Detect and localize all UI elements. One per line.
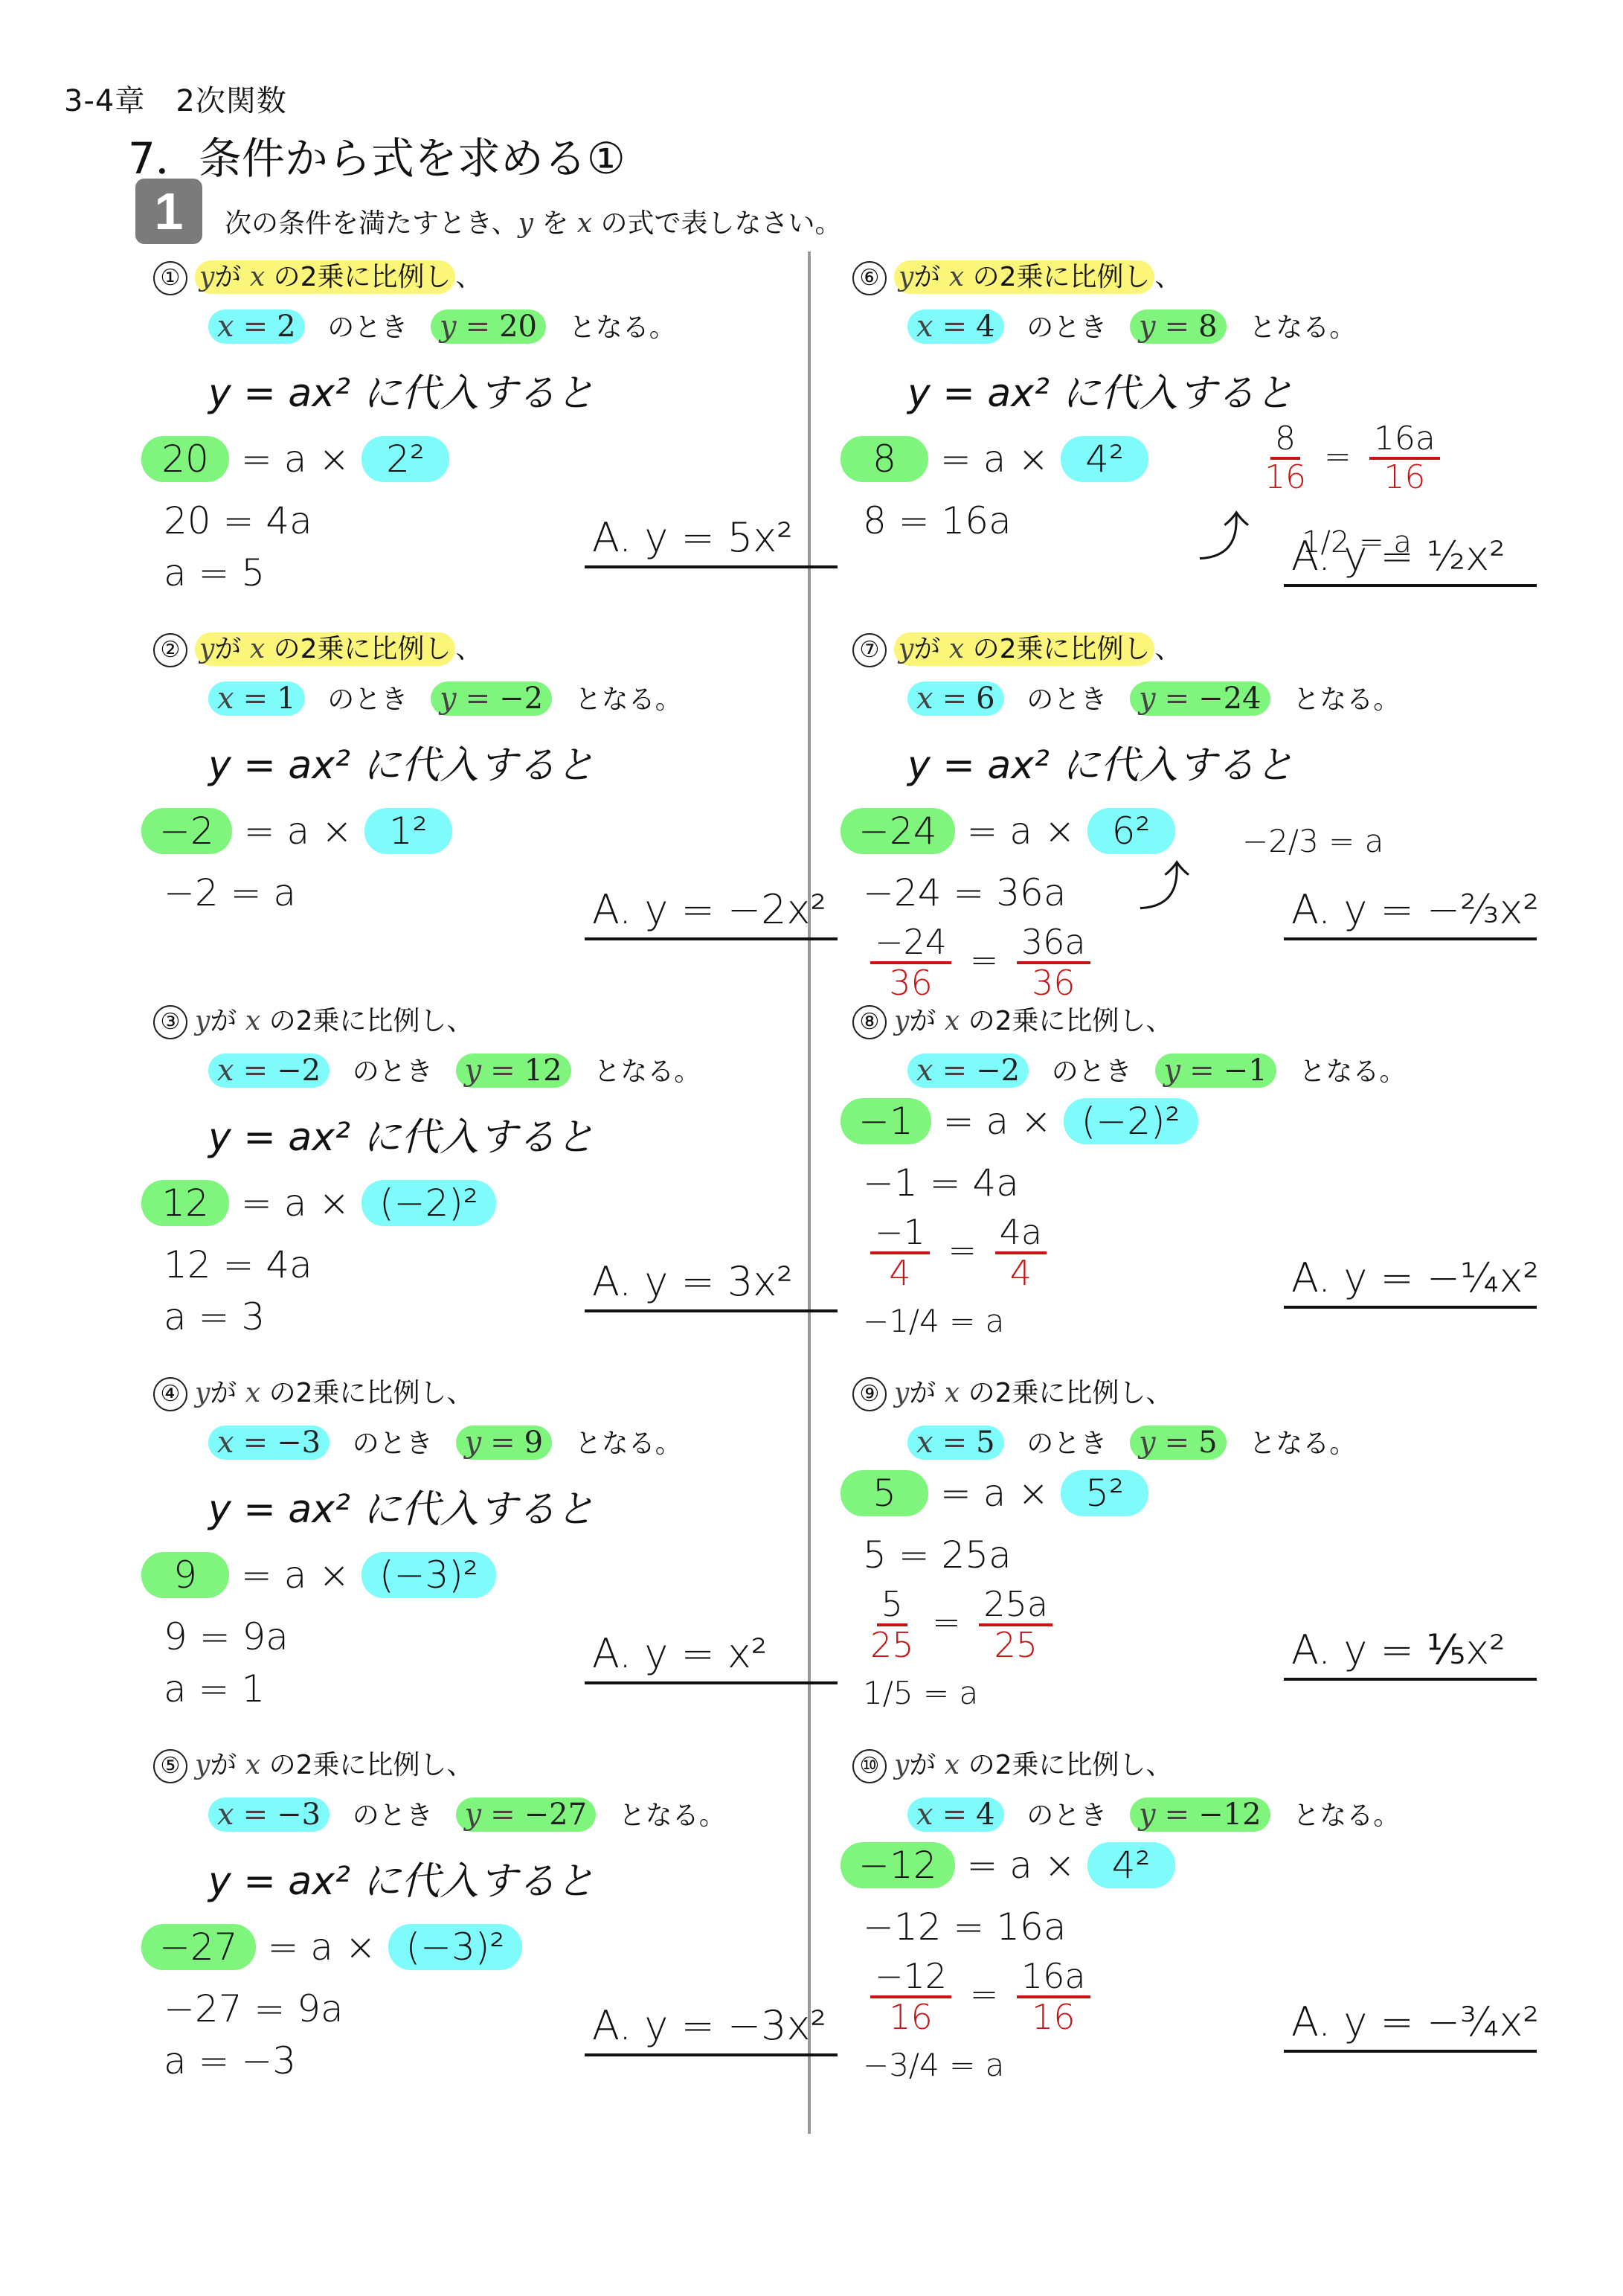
var-y: y bbox=[199, 634, 214, 664]
proportion-condition: yが x の2乗に比例し bbox=[195, 1006, 446, 1036]
work-step: 20 = 4a bbox=[164, 499, 312, 542]
equals: = bbox=[942, 682, 968, 716]
condition-line: ②yが x の2乗に比例し、 bbox=[153, 628, 483, 667]
text: の2乗に比例し bbox=[973, 634, 1151, 664]
text: 、 bbox=[1145, 1750, 1172, 1780]
x-value: 6 bbox=[976, 682, 994, 716]
text: となる。 bbox=[594, 1056, 701, 1087]
text: が bbox=[909, 1378, 936, 1408]
text: が bbox=[210, 1006, 237, 1036]
problem-number: ⑧ bbox=[852, 1005, 887, 1039]
given-values: x=−2 のとき y=12 となる。 bbox=[208, 1051, 714, 1088]
section-badge: 1 bbox=[135, 179, 202, 244]
text: が bbox=[210, 1378, 237, 1408]
problem-2: ②yが x の2乗に比例し、 x=1 のとき y=−2 となる。 y = ax²… bbox=[141, 622, 855, 994]
proportion-condition: yが x の2乗に比例し bbox=[195, 1750, 446, 1780]
times: × bbox=[1018, 1472, 1049, 1515]
x-value: 2 bbox=[277, 310, 295, 344]
x-value-handwritten: (−3)² bbox=[388, 1924, 523, 1970]
substitution-note: y = ax² に代入すると bbox=[907, 734, 1293, 789]
text: が bbox=[913, 634, 940, 664]
equals: = bbox=[966, 809, 997, 853]
y-value-handwritten: −27 bbox=[141, 1924, 256, 1970]
answer: A. y = x² bbox=[585, 1630, 838, 1684]
x-value: −3 bbox=[277, 1426, 321, 1460]
condition-line: ⑦yが x の2乗に比例し、 bbox=[852, 628, 1182, 667]
answer: A. y = −¾x² bbox=[1284, 1998, 1537, 2053]
denominator: 25 bbox=[870, 1626, 914, 1664]
equals: = bbox=[243, 682, 269, 716]
instruction-text: の式で表しなさい。 bbox=[592, 208, 841, 239]
equals: = bbox=[490, 1426, 515, 1460]
numerator: 8 bbox=[1270, 421, 1300, 460]
var-a: a bbox=[986, 1100, 1009, 1143]
text: の2乗に比例し bbox=[274, 634, 451, 664]
x-value: 4 bbox=[976, 1798, 994, 1832]
var-y: y bbox=[894, 1750, 909, 1780]
arrow-icon: ⤴ bbox=[1198, 496, 1250, 571]
page-title: 7．条件から式を求める① bbox=[128, 124, 626, 186]
text: のとき bbox=[327, 312, 408, 343]
substitution-note: y = ax² に代入すると bbox=[208, 734, 594, 789]
equals: = bbox=[966, 1844, 997, 1887]
x-value-handwritten: 1² bbox=[364, 808, 452, 854]
answer: A. y = −2x² bbox=[585, 886, 838, 940]
text: のとき bbox=[353, 1800, 433, 1831]
given-values: x=4 のとき y=−12 となる。 bbox=[907, 1795, 1413, 1832]
substituted-equation: −12 = a × 4² bbox=[841, 1842, 1175, 1888]
equals: = bbox=[243, 1054, 269, 1088]
text: の2乗に比例し bbox=[968, 1378, 1146, 1408]
x-value-highlight: x=4 bbox=[907, 1798, 1004, 1832]
y-value-handwritten: 20 bbox=[141, 436, 229, 482]
work-step: −24 = 36a bbox=[863, 871, 1066, 914]
equals: = bbox=[466, 310, 491, 344]
y-value-highlight: y=−24 bbox=[1130, 682, 1270, 716]
condition-line: ⑤yが x の2乗に比例し、 bbox=[153, 1744, 474, 1783]
condition-line: ⑩yが x の2乗に比例し、 bbox=[852, 1744, 1173, 1783]
text: のとき bbox=[353, 1428, 433, 1459]
var-y: y bbox=[1139, 310, 1156, 344]
substitution-note: y = ax² に代入すると bbox=[208, 1106, 594, 1161]
text: が bbox=[913, 262, 940, 292]
var-y: y bbox=[465, 1426, 482, 1460]
times: × bbox=[1018, 437, 1049, 481]
answer: A. y = −⅔x² bbox=[1284, 886, 1537, 940]
equals: = bbox=[1165, 682, 1190, 716]
y-value: −12 bbox=[1198, 1798, 1261, 1832]
problem-number: ③ bbox=[153, 1005, 187, 1039]
equals: = bbox=[942, 1054, 968, 1088]
var-x: x bbox=[916, 1798, 933, 1832]
numerator: 36a bbox=[1017, 923, 1090, 964]
work-step: −12 = 16a bbox=[863, 1905, 1066, 1949]
equals: = bbox=[243, 1798, 269, 1832]
var-x: x bbox=[217, 1798, 234, 1832]
denominator: 16 bbox=[889, 1998, 933, 2036]
equals: = bbox=[243, 1426, 269, 1460]
result-step: −2/3 = a bbox=[1242, 823, 1383, 859]
equals: = bbox=[243, 310, 269, 344]
condition-line: ①yが x の2乗に比例し、 bbox=[153, 256, 483, 295]
substitution-note: y = ax² に代入すると bbox=[208, 1850, 594, 1905]
problem-1: ①yが x の2乗に比例し、 x=2 のとき y=20 となる。 y = ax²… bbox=[141, 250, 855, 622]
text: となる。 bbox=[1249, 312, 1356, 343]
proportion-condition: yが x の2乗に比例し bbox=[195, 1378, 446, 1408]
condition-line: ④yが x の2乗に比例し、 bbox=[153, 1372, 474, 1411]
proportion-condition: yが x の2乗に比例し bbox=[894, 1006, 1145, 1036]
var-x: x bbox=[217, 682, 234, 716]
fraction: 4a4 bbox=[995, 1213, 1047, 1292]
x-value-highlight: x=−2 bbox=[208, 1054, 330, 1088]
problem-number: ⑩ bbox=[852, 1749, 887, 1783]
var-x: x bbox=[945, 1750, 960, 1780]
equals: = bbox=[932, 1602, 961, 1642]
condition-line: ③yが x の2乗に比例し、 bbox=[153, 1000, 474, 1039]
var-y: y bbox=[440, 682, 457, 716]
substituted-equation: −2 = a × 1² bbox=[141, 808, 452, 854]
work-step: −1 = 4a bbox=[863, 1161, 1019, 1205]
text: 、 bbox=[455, 634, 482, 664]
equals: = bbox=[241, 1181, 272, 1225]
text: となる。 bbox=[1299, 1056, 1406, 1087]
condition-line: ⑥yが x の2乗に比例し、 bbox=[852, 256, 1182, 295]
chapter-heading: 3-4章 2次関数 bbox=[64, 77, 287, 120]
denominator: 16 bbox=[1383, 460, 1425, 496]
text: の2乗に比例し bbox=[274, 262, 451, 292]
text: の2乗に比例し bbox=[973, 262, 1151, 292]
equals: = bbox=[942, 1798, 968, 1832]
var-x: x bbox=[245, 1378, 260, 1408]
y-value-highlight: y=20 bbox=[431, 310, 546, 344]
var-a: a bbox=[1009, 809, 1032, 853]
instruction: 次の条件を満たすとき、y を x の式で表しなさい。 bbox=[225, 202, 842, 240]
fraction: 25a25 bbox=[979, 1585, 1052, 1664]
equals: = bbox=[241, 437, 272, 481]
text: となる。 bbox=[619, 1800, 726, 1831]
substituted-equation: 9 = a × (−3)² bbox=[141, 1552, 496, 1598]
times: × bbox=[321, 809, 353, 853]
var-y: y bbox=[518, 208, 533, 239]
given-values: x=6 のとき y=−24 となる。 bbox=[907, 679, 1413, 716]
equals: = bbox=[1165, 310, 1190, 344]
denominator: 25 bbox=[994, 1626, 1038, 1664]
x-value: 4 bbox=[976, 310, 994, 344]
text: のとき bbox=[1026, 1800, 1107, 1831]
numerator: −1 bbox=[870, 1213, 930, 1254]
problem-number: ④ bbox=[153, 1377, 187, 1411]
var-y: y bbox=[195, 1006, 210, 1036]
y-value: 5 bbox=[1198, 1426, 1217, 1460]
text: の2乗に比例し bbox=[269, 1378, 447, 1408]
proportion-condition: yが x の2乗に比例し bbox=[894, 260, 1154, 294]
y-value-highlight: y=−1 bbox=[1155, 1054, 1276, 1088]
equals: = bbox=[970, 940, 999, 980]
condition-line: ⑨yが x の2乗に比例し、 bbox=[852, 1372, 1173, 1411]
work-step: a = −3 bbox=[164, 2039, 296, 2082]
y-value-handwritten: 12 bbox=[141, 1180, 229, 1226]
y-value-handwritten: −12 bbox=[841, 1842, 955, 1888]
y-value: −24 bbox=[1198, 682, 1261, 716]
times: × bbox=[1044, 1844, 1076, 1887]
equals: = bbox=[948, 1230, 977, 1270]
x-value-highlight: x=4 bbox=[907, 310, 1004, 344]
problem-number: ⑨ bbox=[852, 1377, 887, 1411]
equals: = bbox=[490, 1054, 515, 1088]
var-y: y bbox=[1164, 1054, 1181, 1088]
text: の2乗に比例し bbox=[968, 1750, 1146, 1780]
var-x: x bbox=[945, 1006, 960, 1036]
numerator: 4a bbox=[995, 1213, 1047, 1254]
text: 、 bbox=[446, 1378, 473, 1408]
var-x: x bbox=[577, 208, 592, 239]
division-step: −1216 = 16a16 bbox=[863, 1957, 1098, 2036]
text: となる。 bbox=[1249, 1428, 1356, 1459]
var-y: y bbox=[195, 1378, 210, 1408]
y-value: 9 bbox=[524, 1426, 543, 1460]
y-value-highlight: y=8 bbox=[1130, 310, 1227, 344]
problem-number: ⑦ bbox=[852, 633, 887, 667]
proportion-condition: yが x の2乗に比例し bbox=[195, 632, 455, 666]
substituted-equation: 20 = a × 2² bbox=[141, 436, 449, 482]
work-step: a = 5 bbox=[164, 551, 265, 594]
text: となる。 bbox=[569, 312, 676, 343]
equals: = bbox=[940, 437, 971, 481]
x-value: −2 bbox=[976, 1054, 1020, 1088]
text: 、 bbox=[446, 1006, 473, 1036]
result-step: −3/4 = a bbox=[863, 2047, 1004, 2083]
var-x: x bbox=[245, 1006, 260, 1036]
fraction: −14 bbox=[870, 1213, 930, 1292]
work-step: 12 = 4a bbox=[164, 1243, 312, 1286]
fraction: −1216 bbox=[870, 1957, 951, 2036]
x-value-highlight: x=−3 bbox=[208, 1426, 330, 1460]
var-x: x bbox=[945, 1378, 960, 1408]
substitution-note: y = ax² に代入すると bbox=[208, 1478, 594, 1533]
text: のとき bbox=[1026, 684, 1107, 715]
y-value: −1 bbox=[1224, 1054, 1267, 1088]
condition-line: ⑧yが x の2乗に比例し、 bbox=[852, 1000, 1173, 1039]
text: のとき bbox=[1052, 1056, 1132, 1087]
text: 、 bbox=[446, 1750, 473, 1780]
text: となる。 bbox=[1293, 1800, 1400, 1831]
fraction: 16a16 bbox=[1017, 1957, 1090, 2036]
var-x: x bbox=[245, 1750, 260, 1780]
equals: = bbox=[940, 1472, 971, 1515]
var-x: x bbox=[916, 1054, 933, 1088]
text: のとき bbox=[1026, 1428, 1107, 1459]
equals: = bbox=[1189, 1054, 1215, 1088]
var-a: a bbox=[1009, 1844, 1032, 1887]
equals: = bbox=[466, 682, 491, 716]
text: が bbox=[909, 1750, 936, 1780]
text: の2乗に比例し bbox=[269, 1750, 447, 1780]
equals: = bbox=[942, 1426, 968, 1460]
given-values: x=−3 のとき y=9 となる。 bbox=[208, 1423, 695, 1460]
var-y: y bbox=[1139, 1426, 1156, 1460]
x-value: −3 bbox=[277, 1798, 321, 1832]
equals: = bbox=[244, 809, 275, 853]
var-a: a bbox=[286, 809, 309, 853]
equals: = bbox=[1165, 1798, 1190, 1832]
text: が bbox=[210, 1750, 237, 1780]
equals: = bbox=[490, 1798, 515, 1832]
text: 、 bbox=[1145, 1378, 1172, 1408]
equals: = bbox=[1165, 1426, 1190, 1460]
text: 、 bbox=[1154, 262, 1181, 292]
substituted-equation: −24 = a × 6² bbox=[841, 808, 1175, 854]
var-a: a bbox=[284, 437, 307, 481]
x-value-handwritten: (−2)² bbox=[1064, 1098, 1198, 1144]
var-a: a bbox=[284, 1553, 307, 1597]
x-value-highlight: x=−2 bbox=[907, 1054, 1029, 1088]
problem-number: ⑥ bbox=[852, 261, 887, 295]
text: となる。 bbox=[575, 1428, 682, 1459]
proportion-condition: yが x の2乗に比例し bbox=[195, 260, 455, 294]
problem-number: ① bbox=[153, 261, 187, 295]
var-x: x bbox=[250, 262, 265, 292]
var-y: y bbox=[440, 310, 457, 344]
text: となる。 bbox=[1293, 684, 1400, 715]
var-x: x bbox=[949, 634, 964, 664]
var-y: y bbox=[899, 262, 913, 292]
denominator: 4 bbox=[1010, 1254, 1032, 1292]
var-x: x bbox=[217, 310, 234, 344]
text: のとき bbox=[1026, 312, 1107, 343]
var-x: x bbox=[217, 1426, 234, 1460]
x-value: 1 bbox=[277, 682, 295, 716]
work-step: −27 = 9a bbox=[164, 1987, 344, 2030]
var-x: x bbox=[217, 1054, 234, 1088]
text: のとき bbox=[353, 1056, 433, 1087]
given-values: x=−2 のとき y=−1 となる。 bbox=[907, 1051, 1419, 1088]
work-step: 5 = 25a bbox=[863, 1533, 1012, 1577]
work-step: 8 = 16a bbox=[863, 499, 1012, 542]
fraction: 525 bbox=[870, 1585, 914, 1664]
var-y: y bbox=[894, 1006, 909, 1036]
var-y: y bbox=[894, 1378, 909, 1408]
y-value-highlight: y=9 bbox=[456, 1426, 553, 1460]
var-y: y bbox=[1139, 1798, 1156, 1832]
var-x: x bbox=[916, 1426, 933, 1460]
equals: = bbox=[970, 1974, 999, 2014]
result-step: −1/4 = a bbox=[863, 1303, 1004, 1339]
var-y: y bbox=[1139, 682, 1156, 716]
var-y: y bbox=[465, 1054, 482, 1088]
text: が bbox=[214, 634, 241, 664]
equals: = bbox=[943, 1100, 974, 1143]
y-value-highlight: y=5 bbox=[1130, 1426, 1227, 1460]
x-value-handwritten: 5² bbox=[1061, 1470, 1148, 1516]
substituted-equation: −1 = a × (−2)² bbox=[841, 1098, 1198, 1144]
x-value-highlight: x=2 bbox=[208, 310, 305, 344]
x-value-highlight: x=1 bbox=[208, 682, 305, 716]
var-a: a bbox=[983, 1472, 1006, 1515]
substituted-equation: 5 = a × 5² bbox=[841, 1470, 1148, 1516]
equals: = bbox=[1324, 437, 1352, 475]
problem-8: ⑧yが x の2乗に比例し、 x=−2 のとき y=−1 となる。 −1 = a… bbox=[841, 994, 1555, 1366]
x-value-handwritten: 2² bbox=[361, 436, 449, 482]
y-value-handwritten: −24 bbox=[841, 808, 955, 854]
times: × bbox=[1021, 1100, 1052, 1143]
substitution-note: y = ax² に代入すると bbox=[208, 362, 594, 417]
var-x: x bbox=[916, 682, 933, 716]
y-value-handwritten: 9 bbox=[141, 1552, 229, 1598]
given-values: x=4 のとき y=8 となる。 bbox=[907, 307, 1369, 344]
var-x: x bbox=[916, 310, 933, 344]
problem-10: ⑩yが x の2乗に比例し、 x=4 のとき y=−12 となる。 −12 = … bbox=[841, 1738, 1555, 2110]
problem-3: ③yが x の2乗に比例し、 x=−2 のとき y=12 となる。 y = ax… bbox=[141, 994, 855, 1366]
given-values: x=5 のとき y=5 となる。 bbox=[907, 1423, 1369, 1460]
division-step: 816 = 16a16 bbox=[1257, 421, 1447, 496]
answer: A. y = ⅕x² bbox=[1284, 1626, 1537, 1681]
y-value-handwritten: 8 bbox=[841, 436, 928, 482]
numerator: 16a bbox=[1017, 1957, 1090, 1998]
fraction: 36a36 bbox=[1017, 923, 1090, 1001]
var-x: x bbox=[949, 262, 964, 292]
times: × bbox=[318, 437, 350, 481]
x-value-handwritten: (−2)² bbox=[361, 1180, 496, 1226]
x-value-highlight: x=5 bbox=[907, 1426, 1004, 1460]
text: 、 bbox=[455, 262, 482, 292]
denominator: 16 bbox=[1032, 1998, 1076, 2036]
y-value: −2 bbox=[499, 682, 543, 716]
var-y: y bbox=[199, 262, 214, 292]
answer: A. y = 3x² bbox=[585, 1258, 838, 1312]
y-value: 8 bbox=[1198, 310, 1217, 344]
equals: = bbox=[267, 1925, 298, 1969]
x-value-handwritten: 4² bbox=[1087, 1842, 1175, 1888]
proportion-condition: yが x の2乗に比例し bbox=[894, 632, 1154, 666]
text: の2乗に比例し bbox=[269, 1006, 447, 1036]
problem-number: ② bbox=[153, 633, 187, 667]
x-value-highlight: x=6 bbox=[907, 682, 1004, 716]
text: の2乗に比例し bbox=[968, 1006, 1146, 1036]
substituted-equation: 8 = a × 4² bbox=[841, 436, 1148, 482]
x-value-highlight: x=−3 bbox=[208, 1798, 330, 1832]
var-y: y bbox=[195, 1750, 210, 1780]
substituted-equation: −27 = a × (−3)² bbox=[141, 1924, 522, 1970]
times: × bbox=[1044, 809, 1076, 853]
numerator: −24 bbox=[870, 923, 951, 964]
work-step: −2 = a bbox=[164, 871, 296, 914]
text: 、 bbox=[1145, 1006, 1172, 1036]
times: × bbox=[318, 1181, 350, 1225]
fraction: −2436 bbox=[870, 923, 951, 1001]
given-values: x=2 のとき y=20 となる。 bbox=[208, 307, 690, 344]
var-a: a bbox=[983, 437, 1006, 481]
y-value-highlight: y=−2 bbox=[431, 682, 552, 716]
substituted-equation: 12 = a × (−2)² bbox=[141, 1180, 496, 1226]
numerator: 25a bbox=[979, 1585, 1052, 1626]
text: が bbox=[909, 1006, 936, 1036]
problem-6: ⑥yが x の2乗に比例し、 x=4 のとき y=8 となる。 y = ax² … bbox=[841, 250, 1555, 622]
y-value-highlight: y=−27 bbox=[456, 1798, 597, 1832]
problem-5: ⑤yが x の2乗に比例し、 x=−3 のとき y=−27 となる。 y = a… bbox=[141, 1738, 855, 2110]
text: 、 bbox=[1154, 634, 1181, 664]
y-value-handwritten: −1 bbox=[841, 1098, 931, 1144]
answer: A. y = −3x² bbox=[585, 2002, 838, 2056]
var-y: y bbox=[465, 1798, 482, 1832]
given-values: x=1 のとき y=−2 となる。 bbox=[208, 679, 695, 716]
answer: A. y = 5x² bbox=[585, 514, 838, 568]
text: となる。 bbox=[575, 684, 682, 715]
y-value-highlight: y=12 bbox=[456, 1054, 571, 1088]
x-value: 5 bbox=[976, 1426, 994, 1460]
var-a: a bbox=[284, 1181, 307, 1225]
arrow-icon: ⤴ bbox=[1138, 845, 1190, 920]
x-value-handwritten: 4² bbox=[1061, 436, 1148, 482]
